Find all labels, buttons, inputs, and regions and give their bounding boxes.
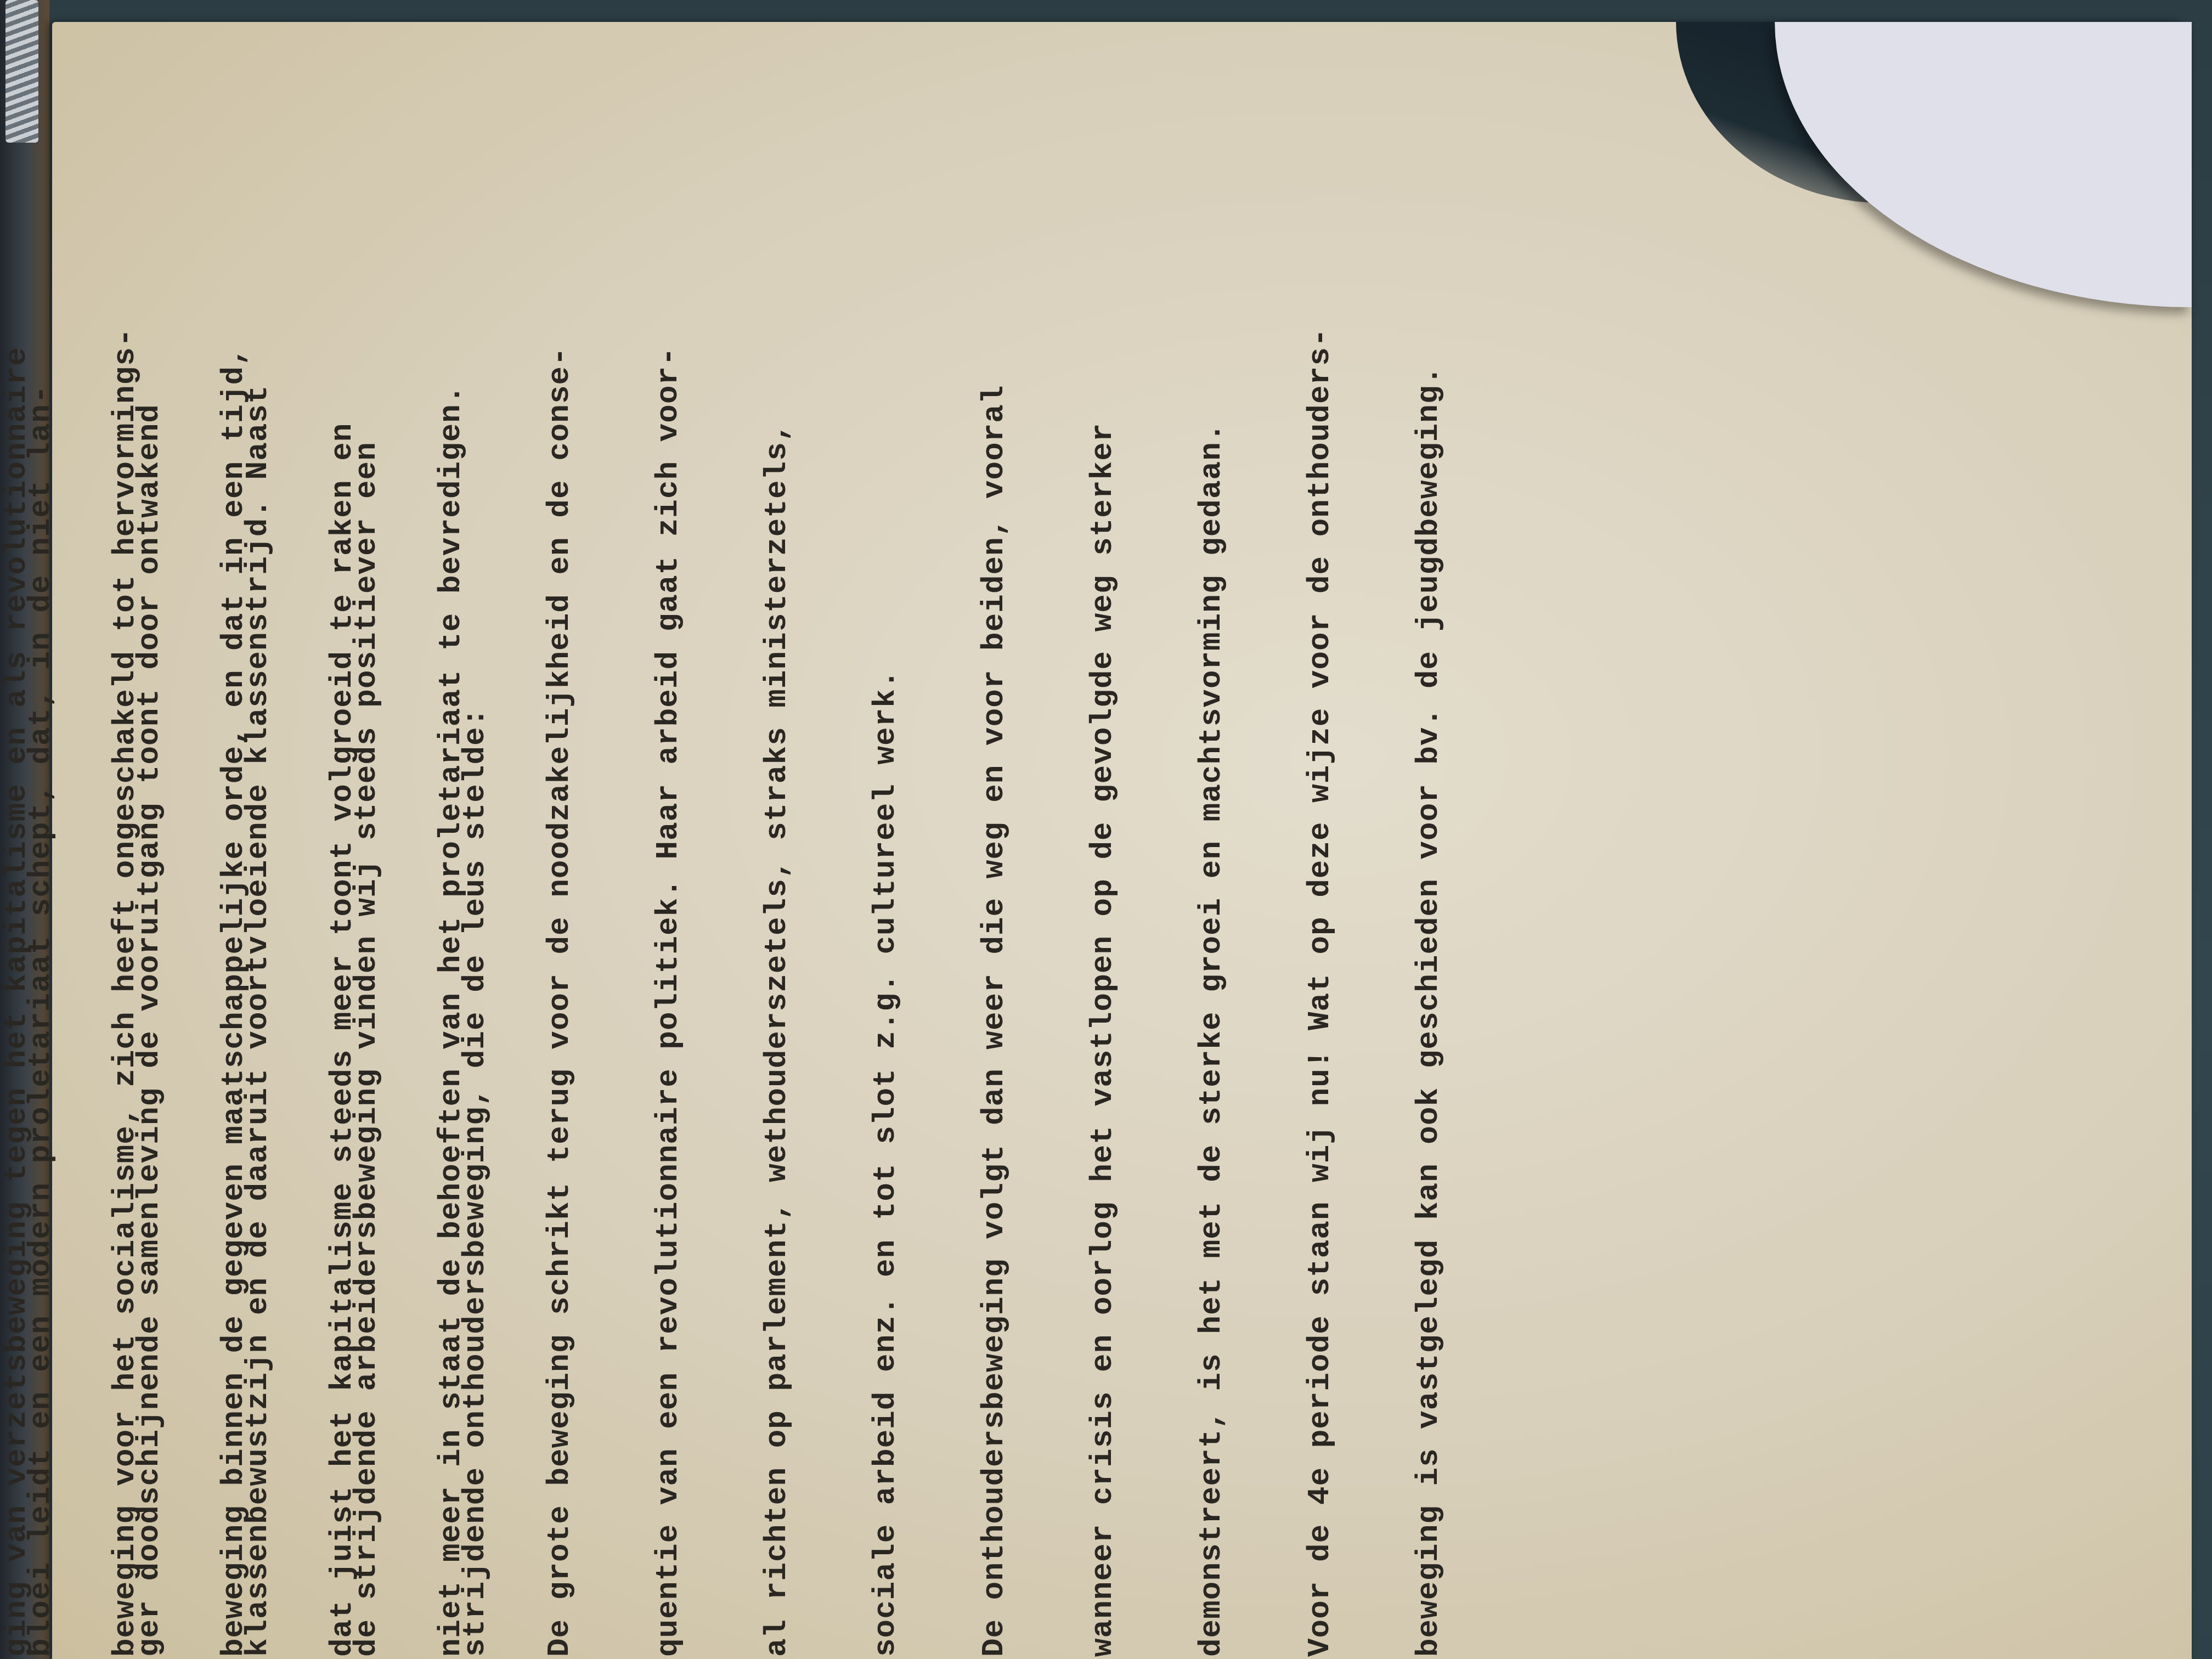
text-line: ging van verzetsbeweging tegen het kapit… bbox=[0, 328, 35, 1657]
text-line: wanneer crisis en oorlog het vastlopen o… bbox=[1085, 328, 1121, 1657]
text-line: De onthoudersbeweging volgt dan weer die… bbox=[976, 328, 1012, 1657]
paragraph-3: De voor zijn bevrijding strijdende arbei… bbox=[0, 328, 1519, 1657]
document-page: 3. van het 100-jarig bestaan van de Nede… bbox=[52, 22, 2192, 1659]
text-line: beweging voor het socialisme, zich heeft… bbox=[107, 328, 143, 1657]
text-line: demonstreert, is het met de sterke groei… bbox=[1193, 328, 1229, 1657]
binding-stitch bbox=[5, 0, 38, 143]
text-line: quentie van een revolutionnaire politiek… bbox=[650, 328, 686, 1657]
text-line: De grote beweging schrikt terug voor de … bbox=[541, 328, 578, 1657]
rotated-text-area: 3. van het 100-jarig bestaan van de Nede… bbox=[129, 176, 2159, 1657]
text-line: dat juist het kapitalisme steeds meer to… bbox=[324, 328, 360, 1657]
text-line: sociale arbeid enz. en tot slot z.g. cul… bbox=[867, 328, 904, 1657]
text-line: beweging binnen de gegeven maatschappeli… bbox=[216, 328, 252, 1657]
text-line: al richten op parlement, wethouderszetel… bbox=[759, 328, 795, 1657]
text-line: niet meer in staat de behoeften van het … bbox=[433, 328, 469, 1657]
text-line: Voor de 4e periode staan wij nu! Wat op … bbox=[1302, 328, 1338, 1657]
text-line: beweging is vastgelegd kan ook geschiede… bbox=[1410, 328, 1447, 1657]
